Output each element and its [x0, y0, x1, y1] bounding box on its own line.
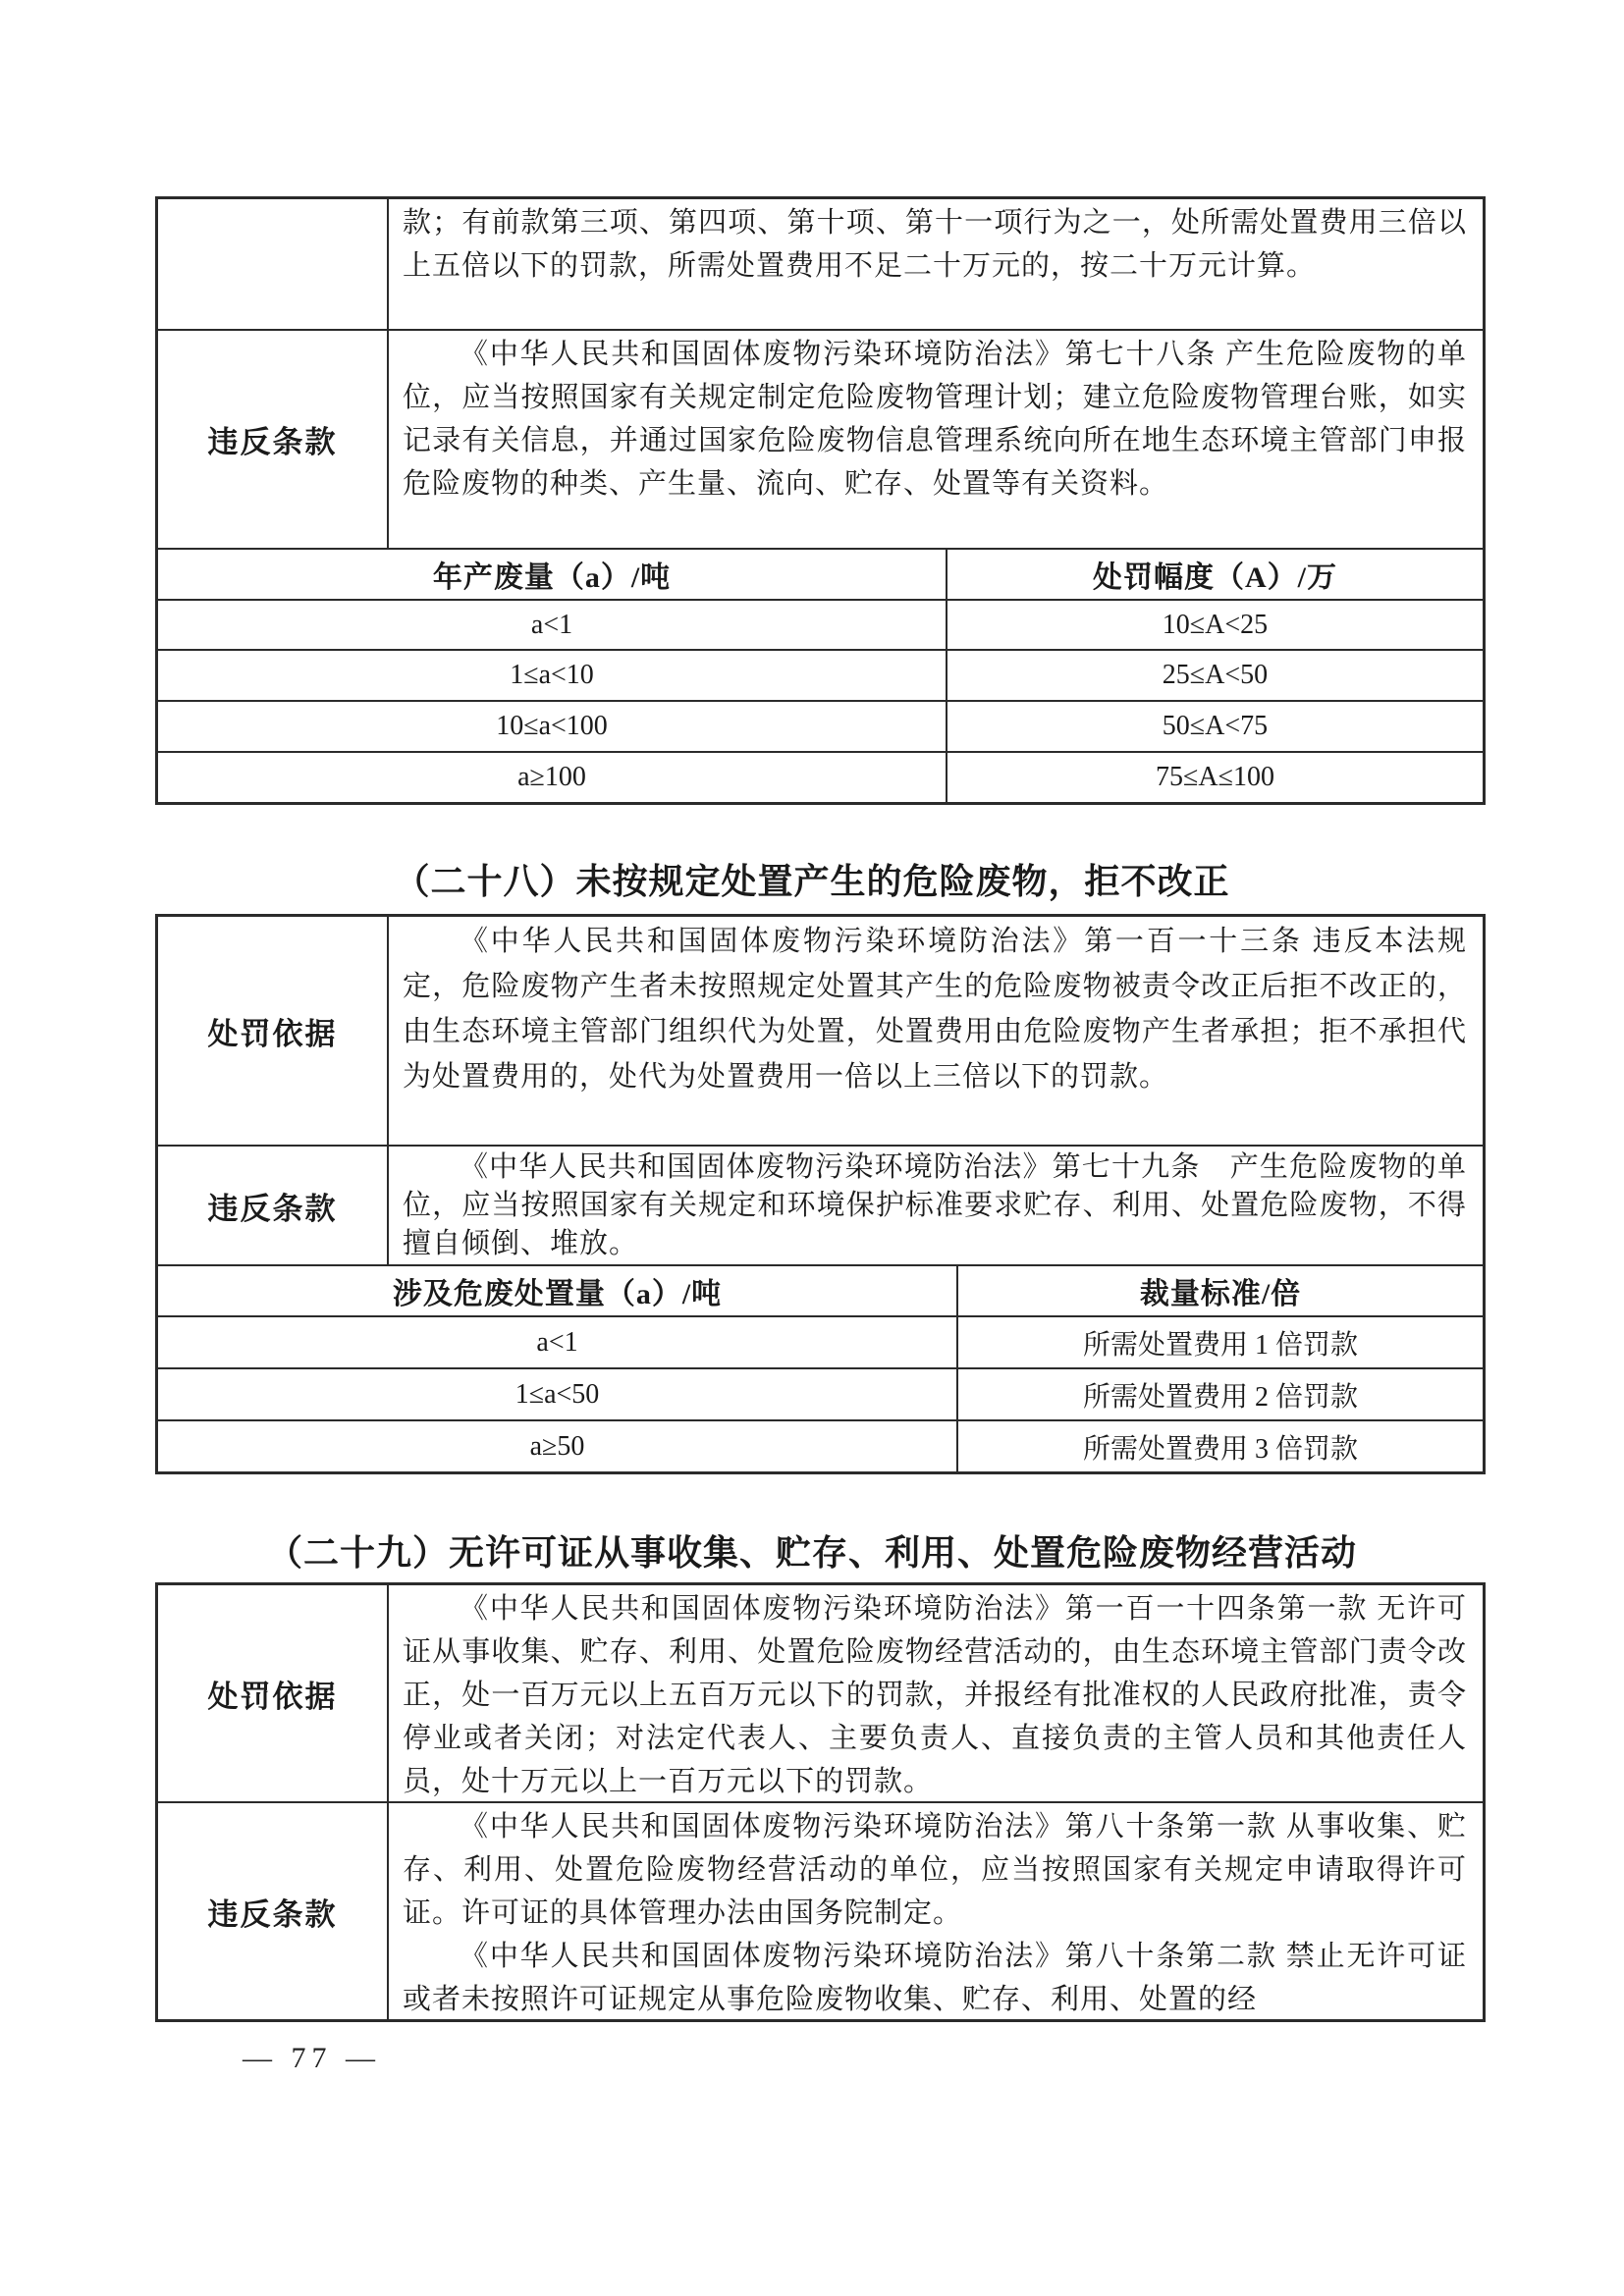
row-label-violated-clause: 违反条款: [158, 331, 389, 548]
disposal-amount-value: a≥50: [158, 1421, 958, 1471]
penalty-range-value: 25≤A<50: [947, 651, 1483, 700]
legal-text: 《中华人民共和国固体废物污染环境防治法》第八十条第二款 禁止无许可证或者未按照许…: [403, 1935, 1467, 2019]
subtable-header-row: 涉及危废处置量（a）/吨 裁量标准/倍: [158, 1264, 1483, 1315]
section-29-heading: （二十九）无许可证从事收集、贮存、利用、处置危险废物经营活动: [0, 1529, 1624, 1576]
legal-text: 《中华人民共和国固体废物污染环境防治法》第八十条第一款 从事收集、贮存、利用、处…: [403, 1805, 1467, 1935]
penalty-table-28: 处罚依据 《中华人民共和国固体废物污染环境防治法》第一百一十三条 违反本法规定，…: [155, 914, 1486, 1474]
waste-amount-value: 10≤a<100: [158, 702, 947, 751]
row-body-cell: 《中华人民共和国固体废物污染环境防治法》第八十条第一款 从事收集、贮存、利用、处…: [389, 1803, 1483, 2019]
table-row: 款；有前款第三项、第四项、第十项、第十一项行为之一，处所需处置费用三倍以上五倍以…: [158, 199, 1483, 329]
subtable-row: a≥100 75≤A≤100: [158, 751, 1483, 802]
penalty-range-value: 10≤A<25: [947, 601, 1483, 649]
discretion-standard-value: 所需处置费用 3 倍罚款: [958, 1421, 1483, 1471]
subtable-row: 1≤a<10 25≤A<50: [158, 649, 1483, 700]
table-row: 违反条款 《中华人民共和国固体废物污染环境防治法》第七十八条 产生危险废物的单位…: [158, 329, 1483, 548]
row-body-cell: 《中华人民共和国固体废物污染环境防治法》第一百一十三条 违反本法规定，危险废物产…: [389, 917, 1483, 1145]
waste-amount-value: a≥100: [158, 753, 947, 802]
row-label-violated-clause: 违反条款: [158, 1147, 389, 1264]
waste-amount-value: 1≤a<10: [158, 651, 947, 700]
penalty-table-29: 处罚依据 《中华人民共和国固体废物污染环境防治法》第一百一十四条第一款 无许可证…: [155, 1582, 1486, 2022]
penalty-range-value: 50≤A<75: [947, 702, 1483, 751]
subtable-header-penalty-range: 处罚幅度（A）/万: [947, 550, 1483, 599]
discretion-standard-value: 所需处置费用 2 倍罚款: [958, 1369, 1483, 1419]
subtable-row: a≥50 所需处置费用 3 倍罚款: [158, 1419, 1483, 1471]
table-row: 处罚依据 《中华人民共和国固体废物污染环境防治法》第一百一十四条第一款 无许可证…: [158, 1585, 1483, 1801]
row-body-cell: 《中华人民共和国固体废物污染环境防治法》第一百一十四条第一款 无许可证从事收集、…: [389, 1585, 1483, 1801]
penalty-table-continued: 款；有前款第三项、第四项、第十项、第十一项行为之一，处所需处置费用三倍以上五倍以…: [155, 196, 1486, 805]
subtable-row: a<1 所需处置费用 1 倍罚款: [158, 1315, 1483, 1367]
row-label-cell-empty: [158, 199, 389, 329]
subtable-row: a<1 10≤A<25: [158, 599, 1483, 649]
row-body-cell: 《中华人民共和国固体废物污染环境防治法》第七十九条 产生危险废物的单位，应当按照…: [389, 1147, 1483, 1264]
legal-text: 《中华人民共和国固体废物污染环境防治法》第七十九条 产生危险废物的单位，应当按照…: [403, 1148, 1467, 1263]
waste-amount-value: a<1: [158, 601, 947, 649]
table-row: 处罚依据 《中华人民共和国固体废物污染环境防治法》第一百一十三条 违反本法规定，…: [158, 917, 1483, 1145]
row-label-penalty-basis: 处罚依据: [158, 917, 389, 1145]
table-row: 违反条款 《中华人民共和国固体废物污染环境防治法》第八十条第一款 从事收集、贮存…: [158, 1801, 1483, 2019]
row-body-cell: 款；有前款第三项、第四项、第十项、第十一项行为之一，处所需处置费用三倍以上五倍以…: [389, 199, 1483, 329]
subtable-row: 1≤a<50 所需处置费用 2 倍罚款: [158, 1367, 1483, 1419]
penalty-range-value: 75≤A≤100: [947, 753, 1483, 802]
row-label-penalty-basis: 处罚依据: [158, 1585, 389, 1801]
table-row: 违反条款 《中华人民共和国固体废物污染环境防治法》第七十九条 产生危险废物的单位…: [158, 1145, 1483, 1264]
discretion-standard-value: 所需处置费用 1 倍罚款: [958, 1317, 1483, 1367]
subtable-header-waste-amount: 年产废量（a）/吨: [158, 550, 947, 599]
legal-text: 《中华人民共和国固体废物污染环境防治法》第一百一十四条第一款 无许可证从事收集、…: [403, 1587, 1467, 1801]
disposal-amount-value: 1≤a<50: [158, 1369, 958, 1419]
section-28-heading: （二十八）未按规定处置产生的危险废物，拒不改正: [0, 858, 1624, 905]
subtable-row: 10≤a<100 50≤A<75: [158, 700, 1483, 751]
row-body-cell: 《中华人民共和国固体废物污染环境防治法》第七十八条 产生危险废物的单位，应当按照…: [389, 331, 1483, 548]
page-number: — 77 —: [243, 2042, 381, 2075]
legal-text: 《中华人民共和国固体废物污染环境防治法》第七十八条 产生危险废物的单位，应当按照…: [403, 333, 1467, 506]
disposal-amount-value: a<1: [158, 1317, 958, 1367]
document-page: 款；有前款第三项、第四项、第十项、第十一项行为之一，处所需处置费用三倍以上五倍以…: [0, 0, 1624, 2296]
legal-text: 《中华人民共和国固体废物污染环境防治法》第一百一十三条 违反本法规定，危险废物产…: [403, 919, 1467, 1099]
subtable-header-discretion-standard: 裁量标准/倍: [958, 1266, 1483, 1315]
subtable-header-row: 年产废量（a）/吨 处罚幅度（A）/万: [158, 548, 1483, 599]
subtable-header-disposal-amount: 涉及危废处置量（a）/吨: [158, 1266, 958, 1315]
legal-text: 款；有前款第三项、第四项、第十项、第十一项行为之一，处所需处置费用三倍以上五倍以…: [403, 201, 1467, 288]
row-label-violated-clause: 违反条款: [158, 1803, 389, 2019]
